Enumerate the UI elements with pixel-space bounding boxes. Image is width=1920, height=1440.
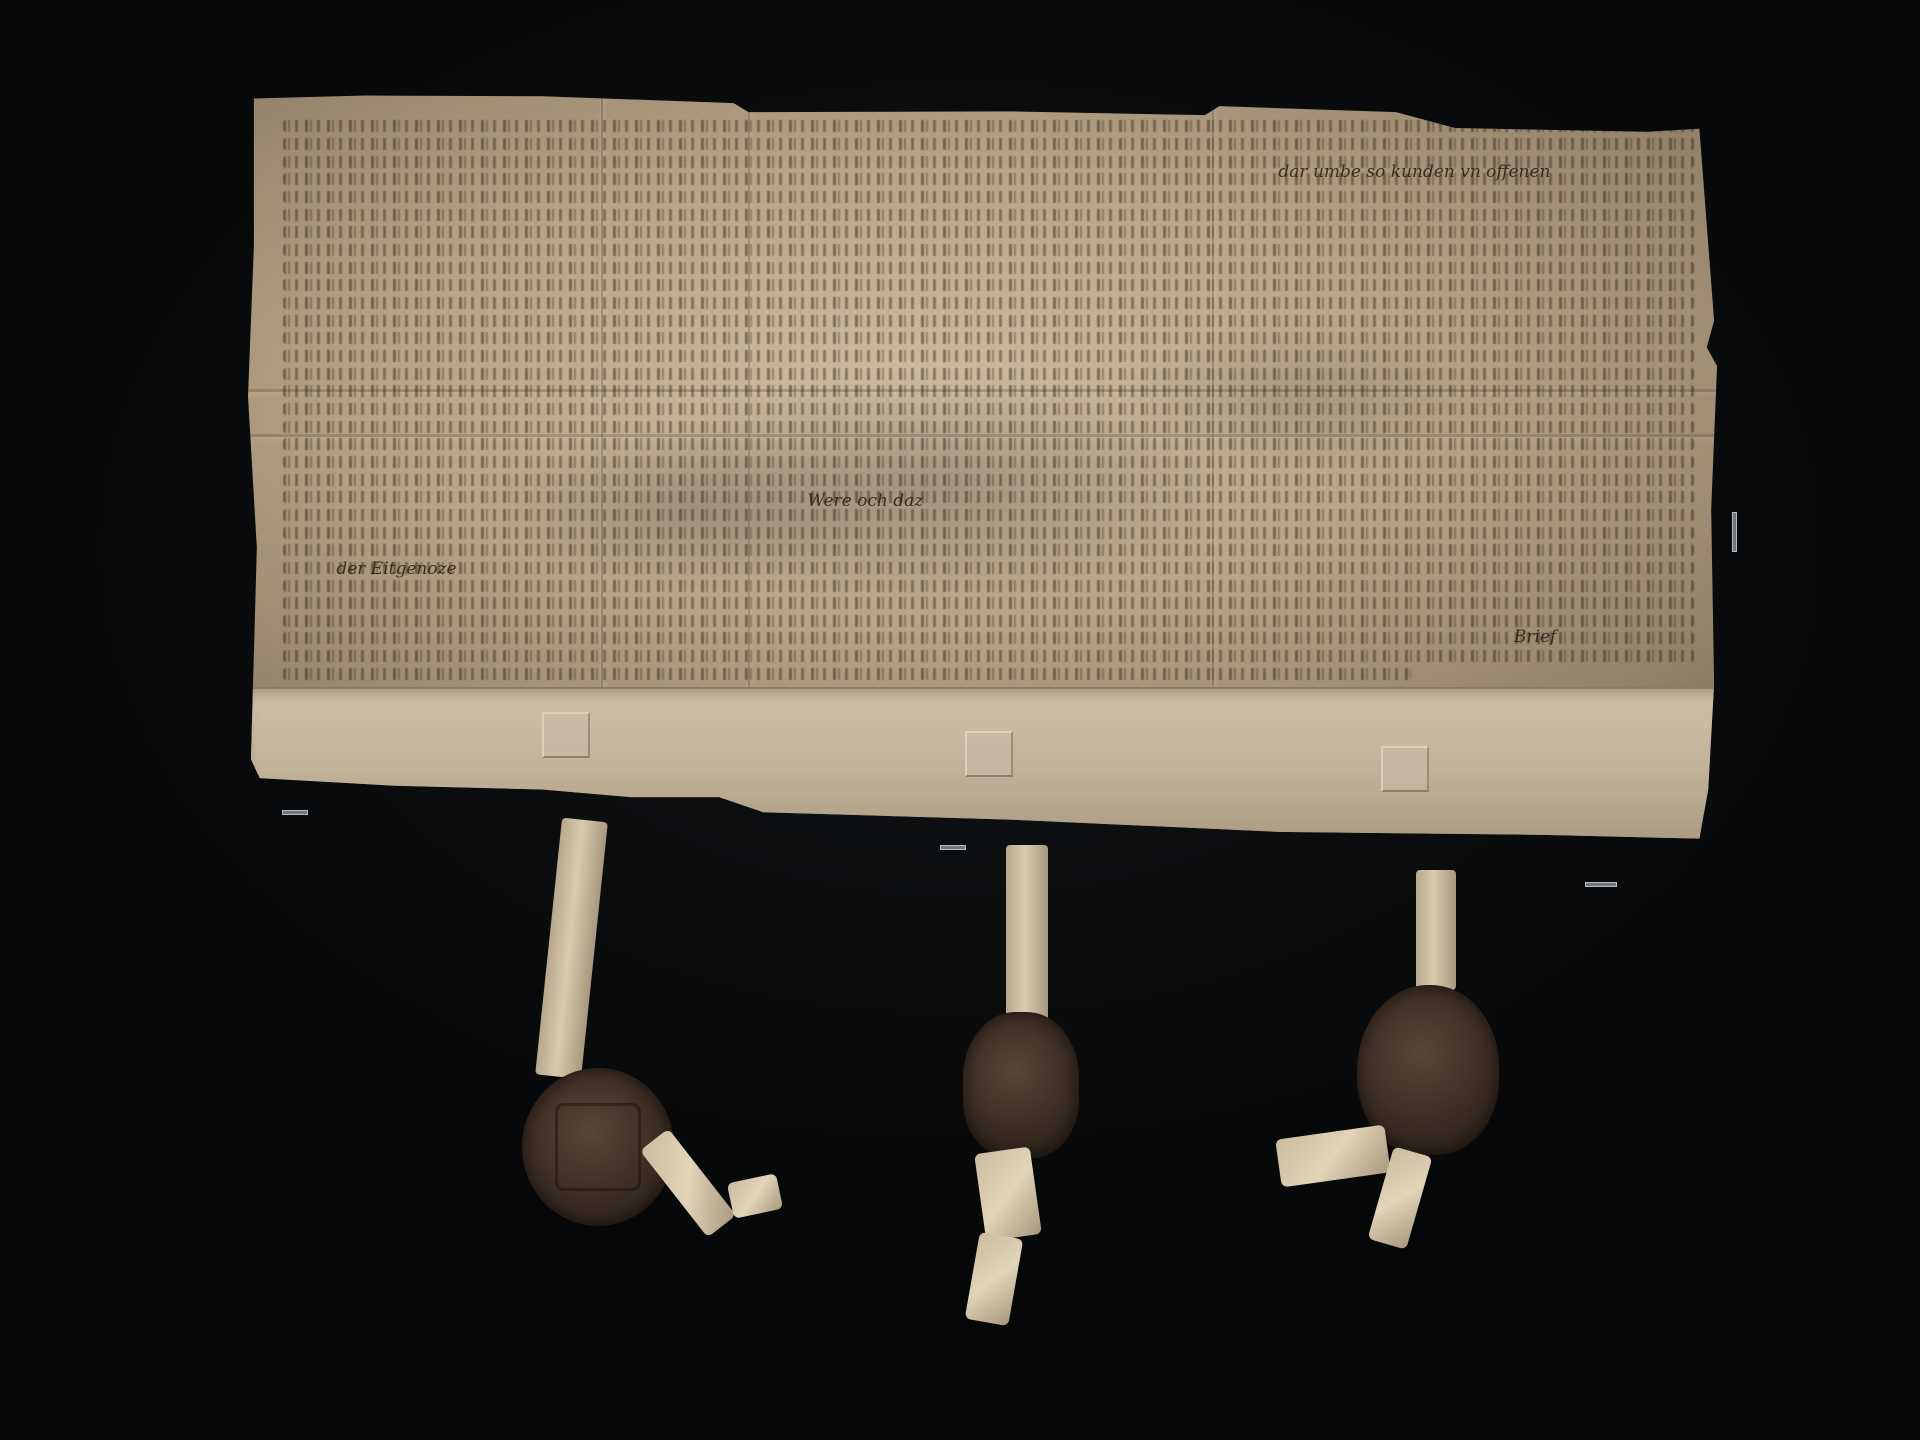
seal-tag-2 [1006, 845, 1048, 1030]
script-line [283, 562, 1693, 574]
script-line [283, 421, 1693, 433]
script-line [283, 668, 1411, 680]
script-line [283, 509, 1693, 521]
script-line [283, 650, 1693, 662]
mount-clip-bottom-left [282, 810, 308, 815]
script-line [283, 279, 1693, 291]
script-line [283, 368, 1693, 380]
seal-tag-2-knot [974, 1147, 1042, 1242]
script-line [283, 491, 1693, 503]
script-line [283, 191, 1693, 203]
seal-slot-3 [1381, 746, 1429, 792]
parchment-charter: dar umbe so kunden vn offenen Were och d… [248, 94, 1720, 850]
script-line [283, 244, 1693, 256]
script-line [283, 615, 1693, 627]
script-line [283, 350, 1693, 362]
script-line [283, 527, 1693, 539]
legible-phrase: Brief [1514, 627, 1556, 647]
script-line [283, 580, 1693, 592]
script-line [283, 403, 1693, 415]
script-line [283, 597, 1693, 609]
script-line [283, 474, 1693, 486]
wax-seal-2 [963, 1012, 1079, 1158]
legible-phrase: dar umbe so kunden vn offenen [1278, 162, 1550, 182]
script-line [283, 632, 1693, 644]
script-line [283, 262, 1693, 274]
script-line [283, 138, 1693, 150]
mount-clip-bottom-right [1585, 882, 1617, 887]
script-line [283, 297, 1693, 309]
script-line [283, 456, 1693, 468]
legible-phrase: Were och daz [807, 491, 923, 511]
handwritten-text-block [283, 120, 1693, 679]
mount-clip-bottom-mid [940, 845, 966, 850]
script-line [283, 385, 1693, 397]
seal-slot-1 [542, 712, 590, 758]
script-line [283, 315, 1693, 327]
seal-slot-2 [965, 731, 1013, 777]
script-line [283, 226, 1693, 238]
seal-tag-3 [1416, 870, 1456, 990]
script-line [283, 332, 1693, 344]
script-line [283, 209, 1693, 221]
script-line [283, 438, 1693, 450]
script-line [283, 544, 1693, 556]
mount-clip-right [1732, 512, 1737, 552]
legible-phrase: der Eitgenoze [336, 559, 456, 579]
shield-emblem-icon [555, 1103, 640, 1192]
